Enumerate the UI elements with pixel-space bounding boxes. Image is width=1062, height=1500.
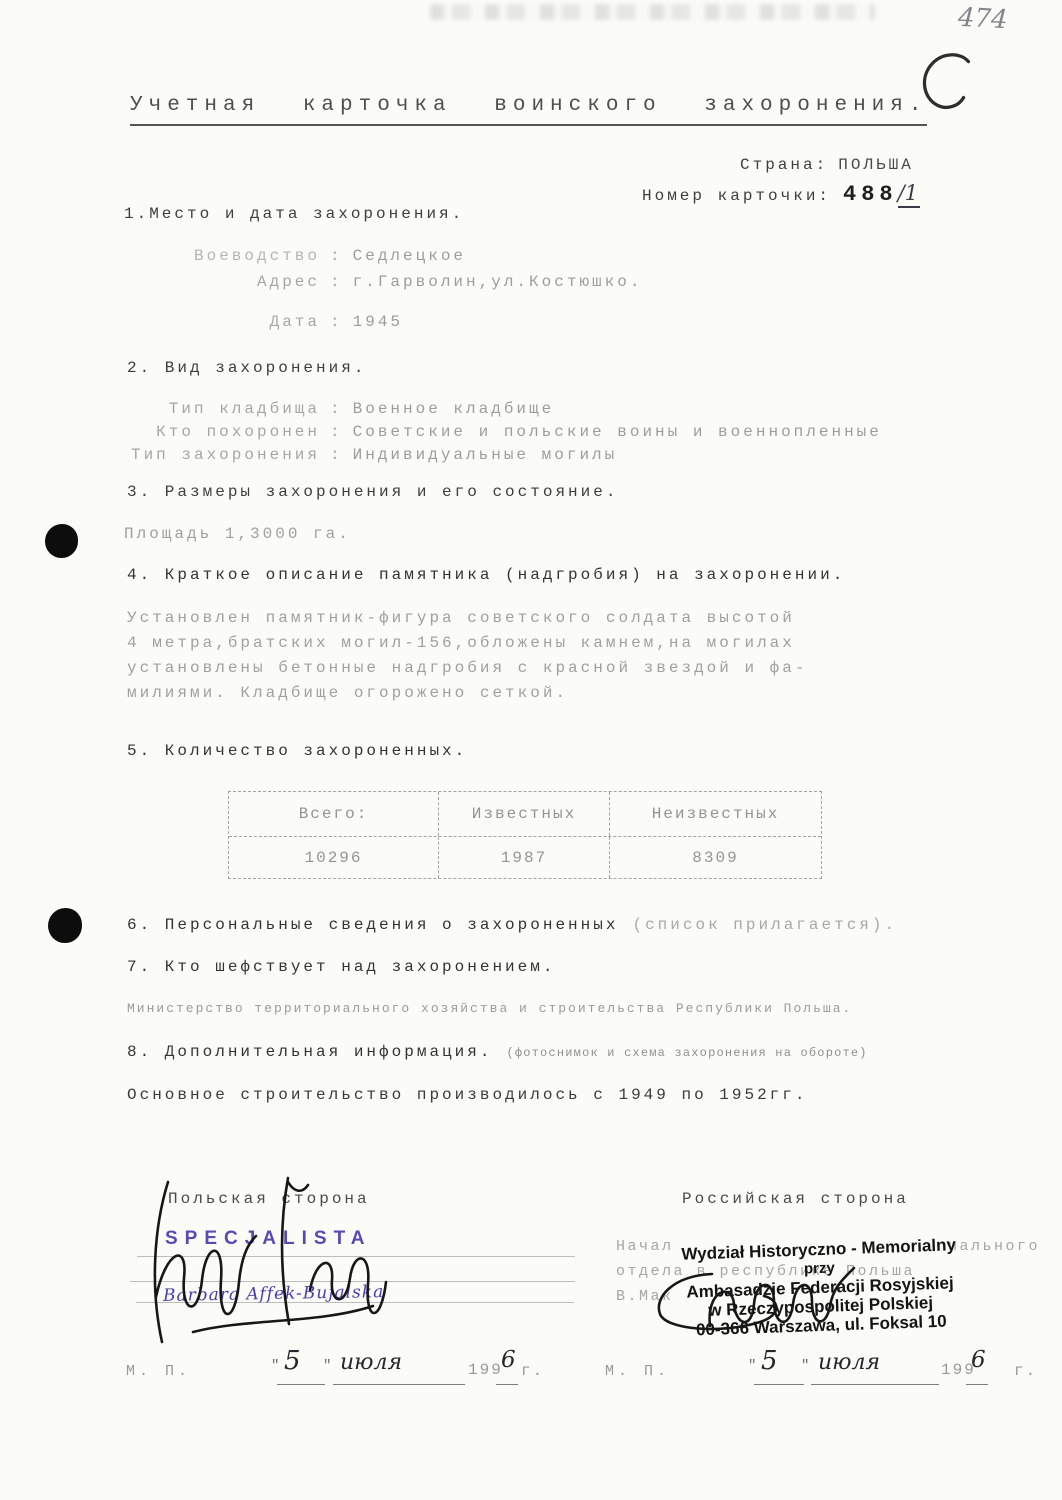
- close-quote: ": [801, 1358, 811, 1374]
- date-underline: [811, 1384, 939, 1385]
- table-header-total: Всего:: [229, 792, 438, 836]
- section-5-heading: 5. Количество захороненных.: [127, 742, 467, 760]
- date-year-typed: 199: [468, 1361, 503, 1379]
- country-value: ПОЛЬША: [838, 156, 914, 174]
- field-value: Советские и польские воины и военнопленн…: [353, 423, 882, 441]
- field-cemetery-type: Тип кладбища : Военное кладбище: [128, 400, 554, 418]
- card-number-value: 488: [843, 182, 898, 207]
- scan-smudge: [430, 4, 875, 20]
- hole-punch-top: [45, 524, 78, 558]
- section-1-heading: 1.Место и дата захоронения.: [124, 205, 464, 223]
- field-separator: :: [320, 423, 353, 441]
- date-underline: [333, 1384, 465, 1385]
- table-value-known: 1987: [438, 837, 610, 878]
- field-label: Тип захоронения: [128, 446, 320, 464]
- table-value-unknown: 8309: [610, 837, 821, 878]
- section-6-heading: 6. Персональные сведения о захороненных: [127, 916, 618, 934]
- date-underline: [496, 1384, 518, 1385]
- field-value: Военное кладбище: [353, 400, 555, 418]
- field-separator: :: [320, 247, 353, 265]
- table-value-row: 10296 1987 8309: [229, 837, 821, 878]
- hole-punch-bottom: [48, 908, 82, 943]
- field-value: Седлецкое: [353, 247, 466, 265]
- field-separator: :: [320, 313, 353, 331]
- field-who-buried: Кто похоронен : Советские и польские вои…: [128, 423, 882, 441]
- field-burial-type: Тип захоронения : Индивидуальные могилы: [128, 446, 617, 464]
- section-6-heading-line: 6. Персональные сведения о захороненных …: [127, 916, 897, 934]
- date-year-suffix: г.: [1014, 1362, 1037, 1380]
- section-7-heading: 7. Кто шефствует над захоронением.: [127, 958, 555, 976]
- document-title: Учетная карточка воинского захоронения.: [130, 94, 927, 126]
- section-7-body: Министерство территориального хозяйства …: [127, 1001, 852, 1016]
- section-2-heading: 2. Вид захоронения.: [127, 359, 366, 377]
- open-quote: ": [748, 1358, 758, 1374]
- date-underline: [754, 1384, 804, 1385]
- table-value-total: 10296: [229, 837, 438, 878]
- burial-count-table: Всего: Известных Неизвестных 10296 1987 …: [228, 791, 822, 879]
- section-8-note: (фотоснимок и схема захоронения на оборо…: [506, 1046, 867, 1060]
- russian-side-heading: Российская сторона: [682, 1190, 909, 1208]
- date-month: июля: [818, 1350, 880, 1375]
- field-value: 1945: [353, 313, 403, 331]
- close-quote: ": [323, 1358, 333, 1374]
- field-separator: :: [320, 273, 353, 291]
- table-header-unknown: Неизвестных: [610, 792, 821, 836]
- left-signature: [138, 1172, 388, 1357]
- country-label: Страна:: [740, 156, 828, 174]
- field-date: Дата : 1945: [128, 313, 403, 331]
- table-header-known: Известных: [438, 792, 610, 836]
- field-value: Индивидуальные могилы: [353, 446, 618, 464]
- section-8-heading: 8. Дополнительная информация.: [127, 1043, 492, 1061]
- field-separator: :: [320, 400, 353, 418]
- card-number-label: Номер карточки:: [642, 187, 831, 205]
- field-separator: :: [320, 446, 353, 464]
- field-value: г.Гарволин,ул.Костюшко.: [353, 273, 643, 291]
- document-page: 474 Учетная карточка воинского захоронен…: [0, 0, 1062, 1500]
- right-signature: [652, 1256, 882, 1351]
- field-label: Воеводство: [128, 247, 320, 265]
- section-6-note: (список прилагается).: [632, 916, 897, 934]
- section-4-line: милиями. Кладбище огорожено сеткой.: [127, 684, 568, 702]
- section-4-heading: 4. Краткое описание памятника (надгробия…: [127, 566, 845, 584]
- section-4-line: 4 метра,братских могил-156,обложены камн…: [127, 634, 795, 652]
- page-number: 474: [957, 3, 1008, 36]
- field-label: Кто похоронен: [128, 423, 320, 441]
- field-label: Дата: [128, 313, 320, 331]
- date-year-hand: 6: [501, 1347, 516, 1373]
- country-line: Страна: ПОЛЬША: [740, 156, 914, 174]
- date-underline: [966, 1384, 988, 1385]
- table-header-row: Всего: Известных Неизвестных: [229, 792, 821, 837]
- field-voivodeship: Воеводство : Седлецкое: [128, 247, 466, 265]
- section-8-heading-line: 8. Дополнительная информация. (фотоснимо…: [127, 1043, 868, 1061]
- field-address: Адрес : г.Гарволин,ул.Костюшко.: [128, 273, 642, 291]
- seal-place-label: М. П.: [126, 1363, 191, 1380]
- date-year-hand: 6: [971, 1347, 986, 1373]
- field-label: Адрес: [128, 273, 320, 291]
- section-8-body: Основное строительство производилось с 1…: [127, 1086, 807, 1104]
- seal-place-label: М. П.: [605, 1363, 670, 1380]
- date-year-suffix: г.: [521, 1362, 544, 1380]
- section-4-line: Установлен памятник-фигура советского со…: [127, 609, 795, 627]
- section-3-body: Площадь 1,3000 га.: [124, 525, 351, 543]
- card-number-line: Номер карточки: 488 /1: [642, 181, 920, 208]
- open-quote: ": [271, 1358, 281, 1374]
- card-number-suffix: /1: [898, 181, 920, 208]
- date-underline: [277, 1384, 325, 1385]
- section-4-line: установлены бетонные надгробия с красной…: [127, 659, 807, 677]
- field-label: Тип кладбища: [128, 400, 320, 418]
- section-3-heading: 3. Размеры захоронения и его состояние.: [127, 483, 618, 501]
